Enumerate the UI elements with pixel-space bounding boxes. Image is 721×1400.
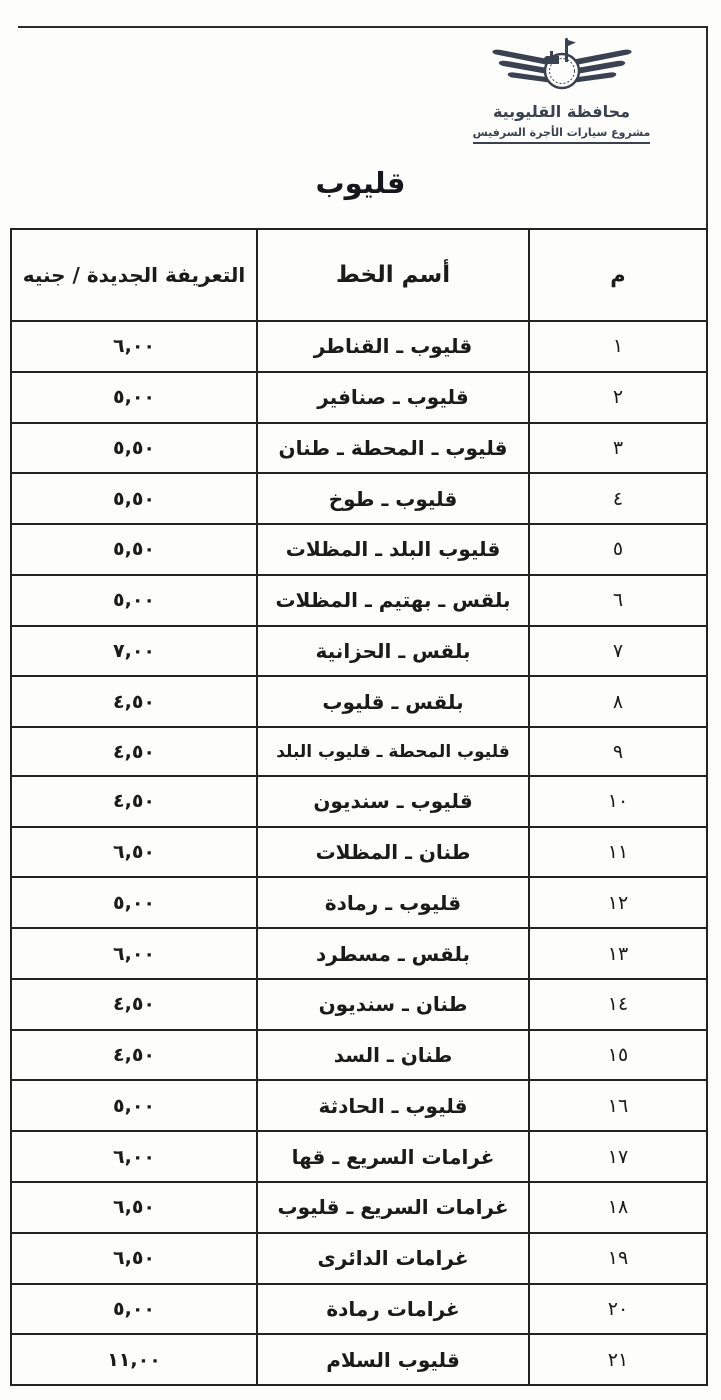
row-number-cell: ١ [528, 322, 706, 371]
row-number-cell: ٢ [528, 373, 706, 422]
row-tariff-cell: ٥,٥٠ [12, 474, 256, 523]
row-tariff-cell: ٤,٥٠ [12, 980, 256, 1029]
row-line-name-cell: بلقس ـ مسطرد [256, 929, 528, 978]
row-number-cell: ١٢ [528, 878, 706, 927]
row-line-name-cell: غرامات رمادة [256, 1285, 528, 1334]
row-line-name-cell: بلقس ـ قليوب [256, 677, 528, 726]
table-row: ١٩غرامات الدائرى٦,٥٠ [12, 1232, 706, 1283]
row-number-cell: ١٦ [528, 1081, 706, 1130]
table-row: ٤قليوب ـ طوخ٥,٥٠ [12, 472, 706, 523]
row-tariff-cell: ٦,٥٠ [12, 1183, 256, 1232]
row-tariff-cell: ٥,٠٠ [12, 576, 256, 625]
row-line-name-cell: بلقس ـ بهتيم ـ المظلات [256, 576, 528, 625]
row-tariff-cell: ٥,٠٠ [12, 1285, 256, 1334]
row-tariff-cell: ١١,٠٠ [12, 1335, 256, 1384]
table-row: ١٤طنان ـ سنديون٤,٥٠ [12, 978, 706, 1029]
row-tariff-cell: ٦,٠٠ [12, 929, 256, 978]
row-line-name-cell: غرامات السريع ـ قها [256, 1132, 528, 1181]
table-row: ٢قليوب ـ صنافير٥,٠٠ [12, 371, 706, 422]
row-tariff-cell: ٤,٥٠ [12, 1031, 256, 1080]
row-number-cell: ١٧ [528, 1132, 706, 1181]
row-line-name-cell: قليوب البلد ـ المظلات [256, 525, 528, 574]
row-tariff-cell: ٥,٠٠ [12, 878, 256, 927]
row-line-name-cell: قليوب ـ طوخ [256, 474, 528, 523]
table-row: ٩قليوب المحطة ـ قليوب البلد٤,٥٠ [12, 726, 706, 775]
table-row: ١٠قليوب ـ سنديون٤,٥٠ [12, 775, 706, 826]
row-tariff-cell: ٧,٠٠ [12, 627, 256, 676]
governorate-logo: محافظة القليوبية مشروع سيارات الأجرة الس… [454, 38, 669, 144]
row-number-cell: ١١ [528, 828, 706, 877]
tariff-table: م أسم الخط التعريفة الجديدة / جنيه ١قليو… [10, 228, 708, 1386]
table-row: ٢١قليوب السلام١١,٠٠ [12, 1333, 706, 1384]
row-number-cell: ١٤ [528, 980, 706, 1029]
row-line-name-cell: قليوب السلام [256, 1335, 528, 1384]
table-row: ١٥طنان ـ السد٤,٥٠ [12, 1029, 706, 1080]
table-row: ١٦قليوب ـ الحادثة٥,٠٠ [12, 1079, 706, 1130]
row-number-cell: ٧ [528, 627, 706, 676]
table-row: ١٣بلقس ـ مسطرد٦,٠٠ [12, 927, 706, 978]
row-tariff-cell: ٦,٥٠ [12, 828, 256, 877]
row-number-cell: ١٨ [528, 1183, 706, 1232]
row-line-name-cell: طنان ـ السد [256, 1031, 528, 1080]
row-tariff-cell: ٦,٠٠ [12, 322, 256, 371]
table-row: ٣قليوب ـ المحطة ـ طنان٥,٥٠ [12, 422, 706, 473]
table-row: ٦بلقس ـ بهتيم ـ المظلات٥,٠٠ [12, 574, 706, 625]
table-row: ٨بلقس ـ قليوب٤,٥٠ [12, 675, 706, 726]
governorate-name: محافظة القليوبية [454, 102, 669, 121]
project-subtitle: مشروع سيارات الأجرة السرفيس [473, 126, 651, 144]
row-line-name-cell: غرامات الدائرى [256, 1234, 528, 1283]
page-title: قليوب [0, 166, 721, 200]
row-line-name-cell: قليوب ـ القناطر [256, 322, 528, 371]
table-row: ١قليوب ـ القناطر٦,٠٠ [12, 320, 706, 371]
row-number-cell: ١٣ [528, 929, 706, 978]
row-number-cell: ٦ [528, 576, 706, 625]
row-number-cell: ١٥ [528, 1031, 706, 1080]
row-number-cell: ٢٠ [528, 1285, 706, 1334]
row-line-name-cell: قليوب ـ صنافير [256, 373, 528, 422]
table-row: ١١طنان ـ المظلات٦,٥٠ [12, 826, 706, 877]
table-row: ١٢قليوب ـ رمادة٥,٠٠ [12, 876, 706, 927]
table-row: ٥قليوب البلد ـ المظلات٥,٥٠ [12, 523, 706, 574]
row-tariff-cell: ٦,٠٠ [12, 1132, 256, 1181]
table-row: ١٧غرامات السريع ـ قها٦,٠٠ [12, 1130, 706, 1181]
row-tariff-cell: ٤,٥٠ [12, 728, 256, 775]
row-tariff-cell: ٥,٠٠ [12, 1081, 256, 1130]
row-line-name-cell: طنان ـ المظلات [256, 828, 528, 877]
row-line-name-cell: قليوب ـ رمادة [256, 878, 528, 927]
row-number-cell: ٨ [528, 677, 706, 726]
table-row: ١٨غرامات السريع ـ قليوب٦,٥٠ [12, 1181, 706, 1232]
row-line-name-cell: غرامات السريع ـ قليوب [256, 1183, 528, 1232]
row-number-cell: ١٩ [528, 1234, 706, 1283]
row-tariff-cell: ٤,٥٠ [12, 677, 256, 726]
row-tariff-cell: ٤,٥٠ [12, 777, 256, 826]
row-number-cell: ١٠ [528, 777, 706, 826]
row-number-cell: ٤ [528, 474, 706, 523]
winged-emblem-icon [477, 38, 647, 100]
header-line-name: أسم الخط [256, 230, 528, 320]
row-number-cell: ٣ [528, 424, 706, 473]
row-number-cell: ٢١ [528, 1335, 706, 1384]
table-header-row: م أسم الخط التعريفة الجديدة / جنيه [12, 230, 706, 320]
row-tariff-cell: ٥,٥٠ [12, 424, 256, 473]
row-line-name-cell: قليوب ـ المحطة ـ طنان [256, 424, 528, 473]
row-line-name-cell: طنان ـ سنديون [256, 980, 528, 1029]
row-line-name-cell: قليوب ـ سنديون [256, 777, 528, 826]
row-line-name-cell: قليوب المحطة ـ قليوب البلد [256, 728, 528, 775]
row-line-name-cell: قليوب ـ الحادثة [256, 1081, 528, 1130]
header-tariff: التعريفة الجديدة / جنيه [12, 230, 256, 320]
row-tariff-cell: ٥,٠٠ [12, 373, 256, 422]
row-tariff-cell: ٦,٥٠ [12, 1234, 256, 1283]
row-number-cell: ٩ [528, 728, 706, 775]
row-line-name-cell: بلقس ـ الحزانية [256, 627, 528, 676]
top-divider [18, 26, 708, 28]
row-tariff-cell: ٥,٥٠ [12, 525, 256, 574]
header-number: م [528, 230, 706, 320]
row-number-cell: ٥ [528, 525, 706, 574]
table-row: ٧بلقس ـ الحزانية٧,٠٠ [12, 625, 706, 676]
table-row: ٢٠غرامات رمادة٥,٠٠ [12, 1283, 706, 1334]
scanned-document-page: محافظة القليوبية مشروع سيارات الأجرة الس… [0, 0, 721, 1400]
